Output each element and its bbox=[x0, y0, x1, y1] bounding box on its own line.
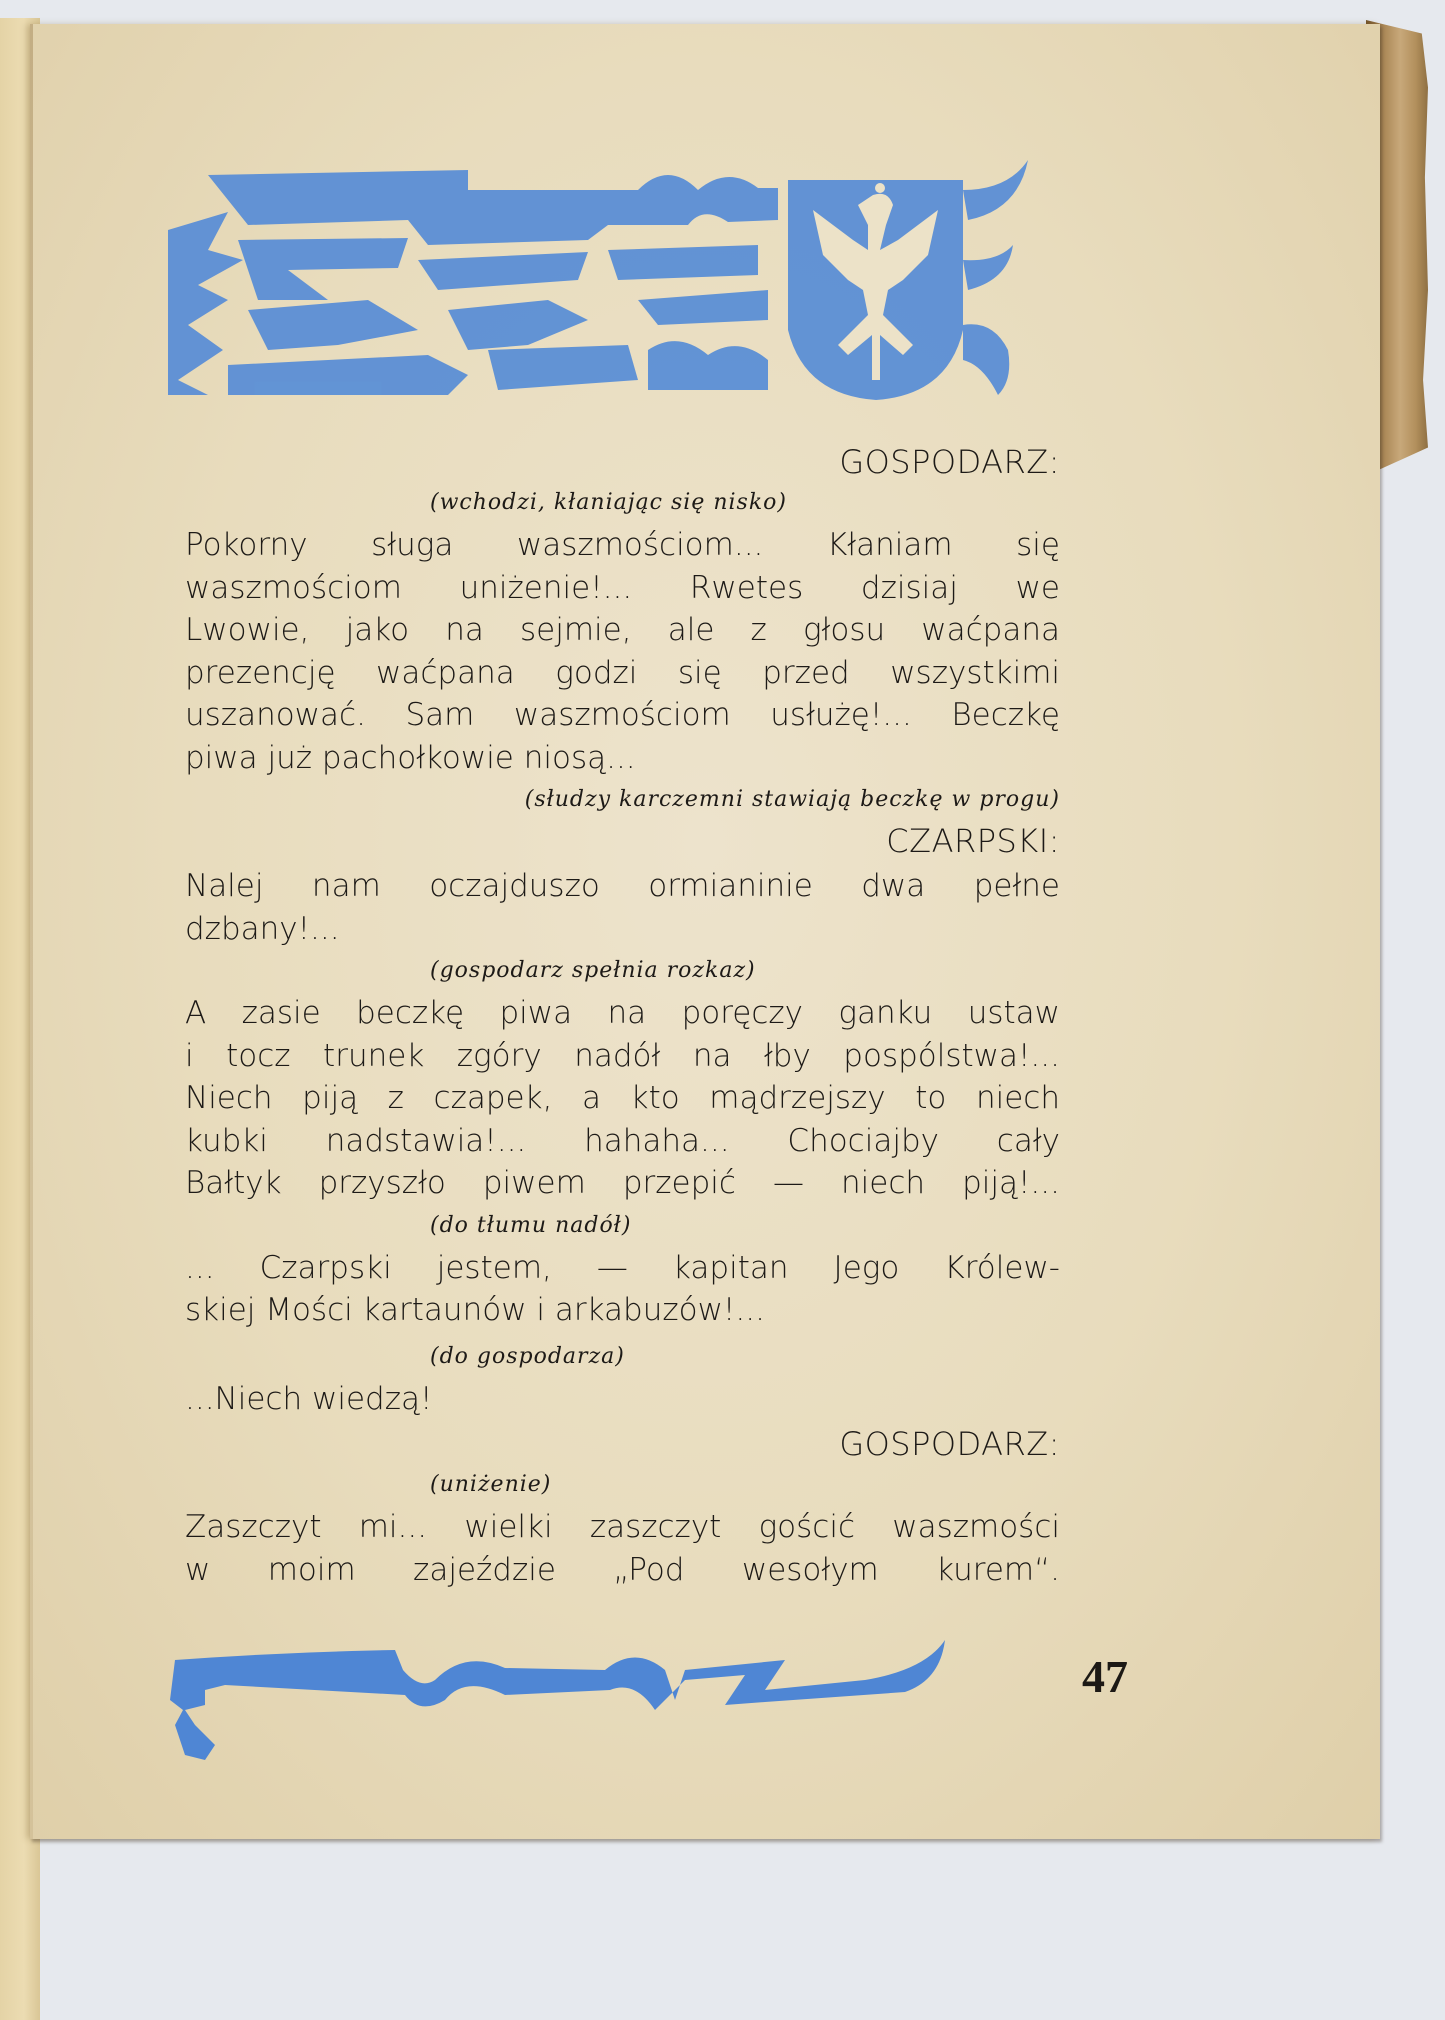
dialogue-line: ...Niech wiedzą! bbox=[185, 1378, 1060, 1421]
stage-direction: (do tłumu nadół) bbox=[185, 1207, 1060, 1245]
stage-direction: (słudzy karczemni stawiają beczkę w prog… bbox=[185, 781, 1060, 819]
header-ornament-icon bbox=[168, 150, 1028, 400]
dialogue-line: skiej Mości kartaunów i arkabuzów!... bbox=[185, 1289, 1060, 1332]
dialogue-line: kubki nadstawia!... hahaha... Chociajby … bbox=[185, 1120, 1060, 1163]
speaker-label: GOSPODARZ: bbox=[185, 440, 1060, 484]
dialogue-line: ... Czarpski jestem, — kapitan Jego Król… bbox=[185, 1247, 1060, 1290]
dialogue-paragraph: A zasie beczkę piwa na poręczy ganku ust… bbox=[185, 992, 1060, 1205]
dialogue-line: w moim zajeździe „Pod wesołym kurem“. bbox=[185, 1549, 1060, 1592]
dialogue-line: dzbany!... bbox=[185, 908, 1060, 951]
dialogue-line: Lwowie, jako na sejmie, ale z głosu waćp… bbox=[185, 609, 1060, 652]
dialogue-paragraph: ... Czarpski jestem, — kapitan Jego Król… bbox=[185, 1247, 1060, 1332]
dialogue-paragraph: Zaszczyt mi... wielki zaszczyt gościć wa… bbox=[185, 1506, 1060, 1591]
dialogue-line: waszmościom uniżenie!... Rwetes dzisiaj … bbox=[185, 567, 1060, 610]
dialogue-paragraph: Nalej nam oczajduszo ormianinie dwa pełn… bbox=[185, 865, 1060, 950]
dialogue-paragraph: Pokorny sługa waszmościom... Kłaniam się… bbox=[185, 524, 1060, 779]
stage-direction: (wchodzi, kłaniając się nisko) bbox=[185, 484, 1060, 522]
page-gutter bbox=[30, 24, 33, 1839]
stage-direction: (gospodarz spełnia rozkaz) bbox=[185, 952, 1060, 990]
page-number: 47 bbox=[1082, 1650, 1128, 1703]
dialogue-line: Pokorny sługa waszmościom... Kłaniam się bbox=[185, 524, 1060, 567]
stage-direction: (do gospodarza) bbox=[185, 1338, 1060, 1376]
dialogue-paragraph: ...Niech wiedzą! bbox=[185, 1378, 1060, 1421]
dialogue-line: prezencję waćpana godzi się przed wszyst… bbox=[185, 652, 1060, 695]
speaker-label: GOSPODARZ: bbox=[185, 1422, 1060, 1466]
dialogue-line: A zasie beczkę piwa na poręczy ganku ust… bbox=[185, 992, 1060, 1035]
dialogue-line: uszanować. Sam waszmościom usłużę!... Be… bbox=[185, 694, 1060, 737]
stage-direction: (uniżenie) bbox=[185, 1466, 1060, 1504]
dialogue-line: Zaszczyt mi... wielki zaszczyt gościć wa… bbox=[185, 1506, 1060, 1549]
play-text: GOSPODARZ: (wchodzi, kłaniając się nisko… bbox=[185, 440, 1060, 1593]
dialogue-line: i tocz trunek zgóry nadół na łby pospóls… bbox=[185, 1035, 1060, 1078]
dialogue-line: Bałtyk przyszło piwem przepić — niech pi… bbox=[185, 1162, 1060, 1205]
footer-ornament-icon bbox=[165, 1630, 1045, 1765]
dialogue-line: Niech piją z czapek, a kto mądrzejszy to… bbox=[185, 1077, 1060, 1120]
dialogue-line: Nalej nam oczajduszo ormianinie dwa pełn… bbox=[185, 865, 1060, 908]
speaker-label: CZARPSKI: bbox=[185, 819, 1060, 863]
dialogue-line: piwa już pachołkowie niosą... bbox=[185, 737, 1060, 780]
